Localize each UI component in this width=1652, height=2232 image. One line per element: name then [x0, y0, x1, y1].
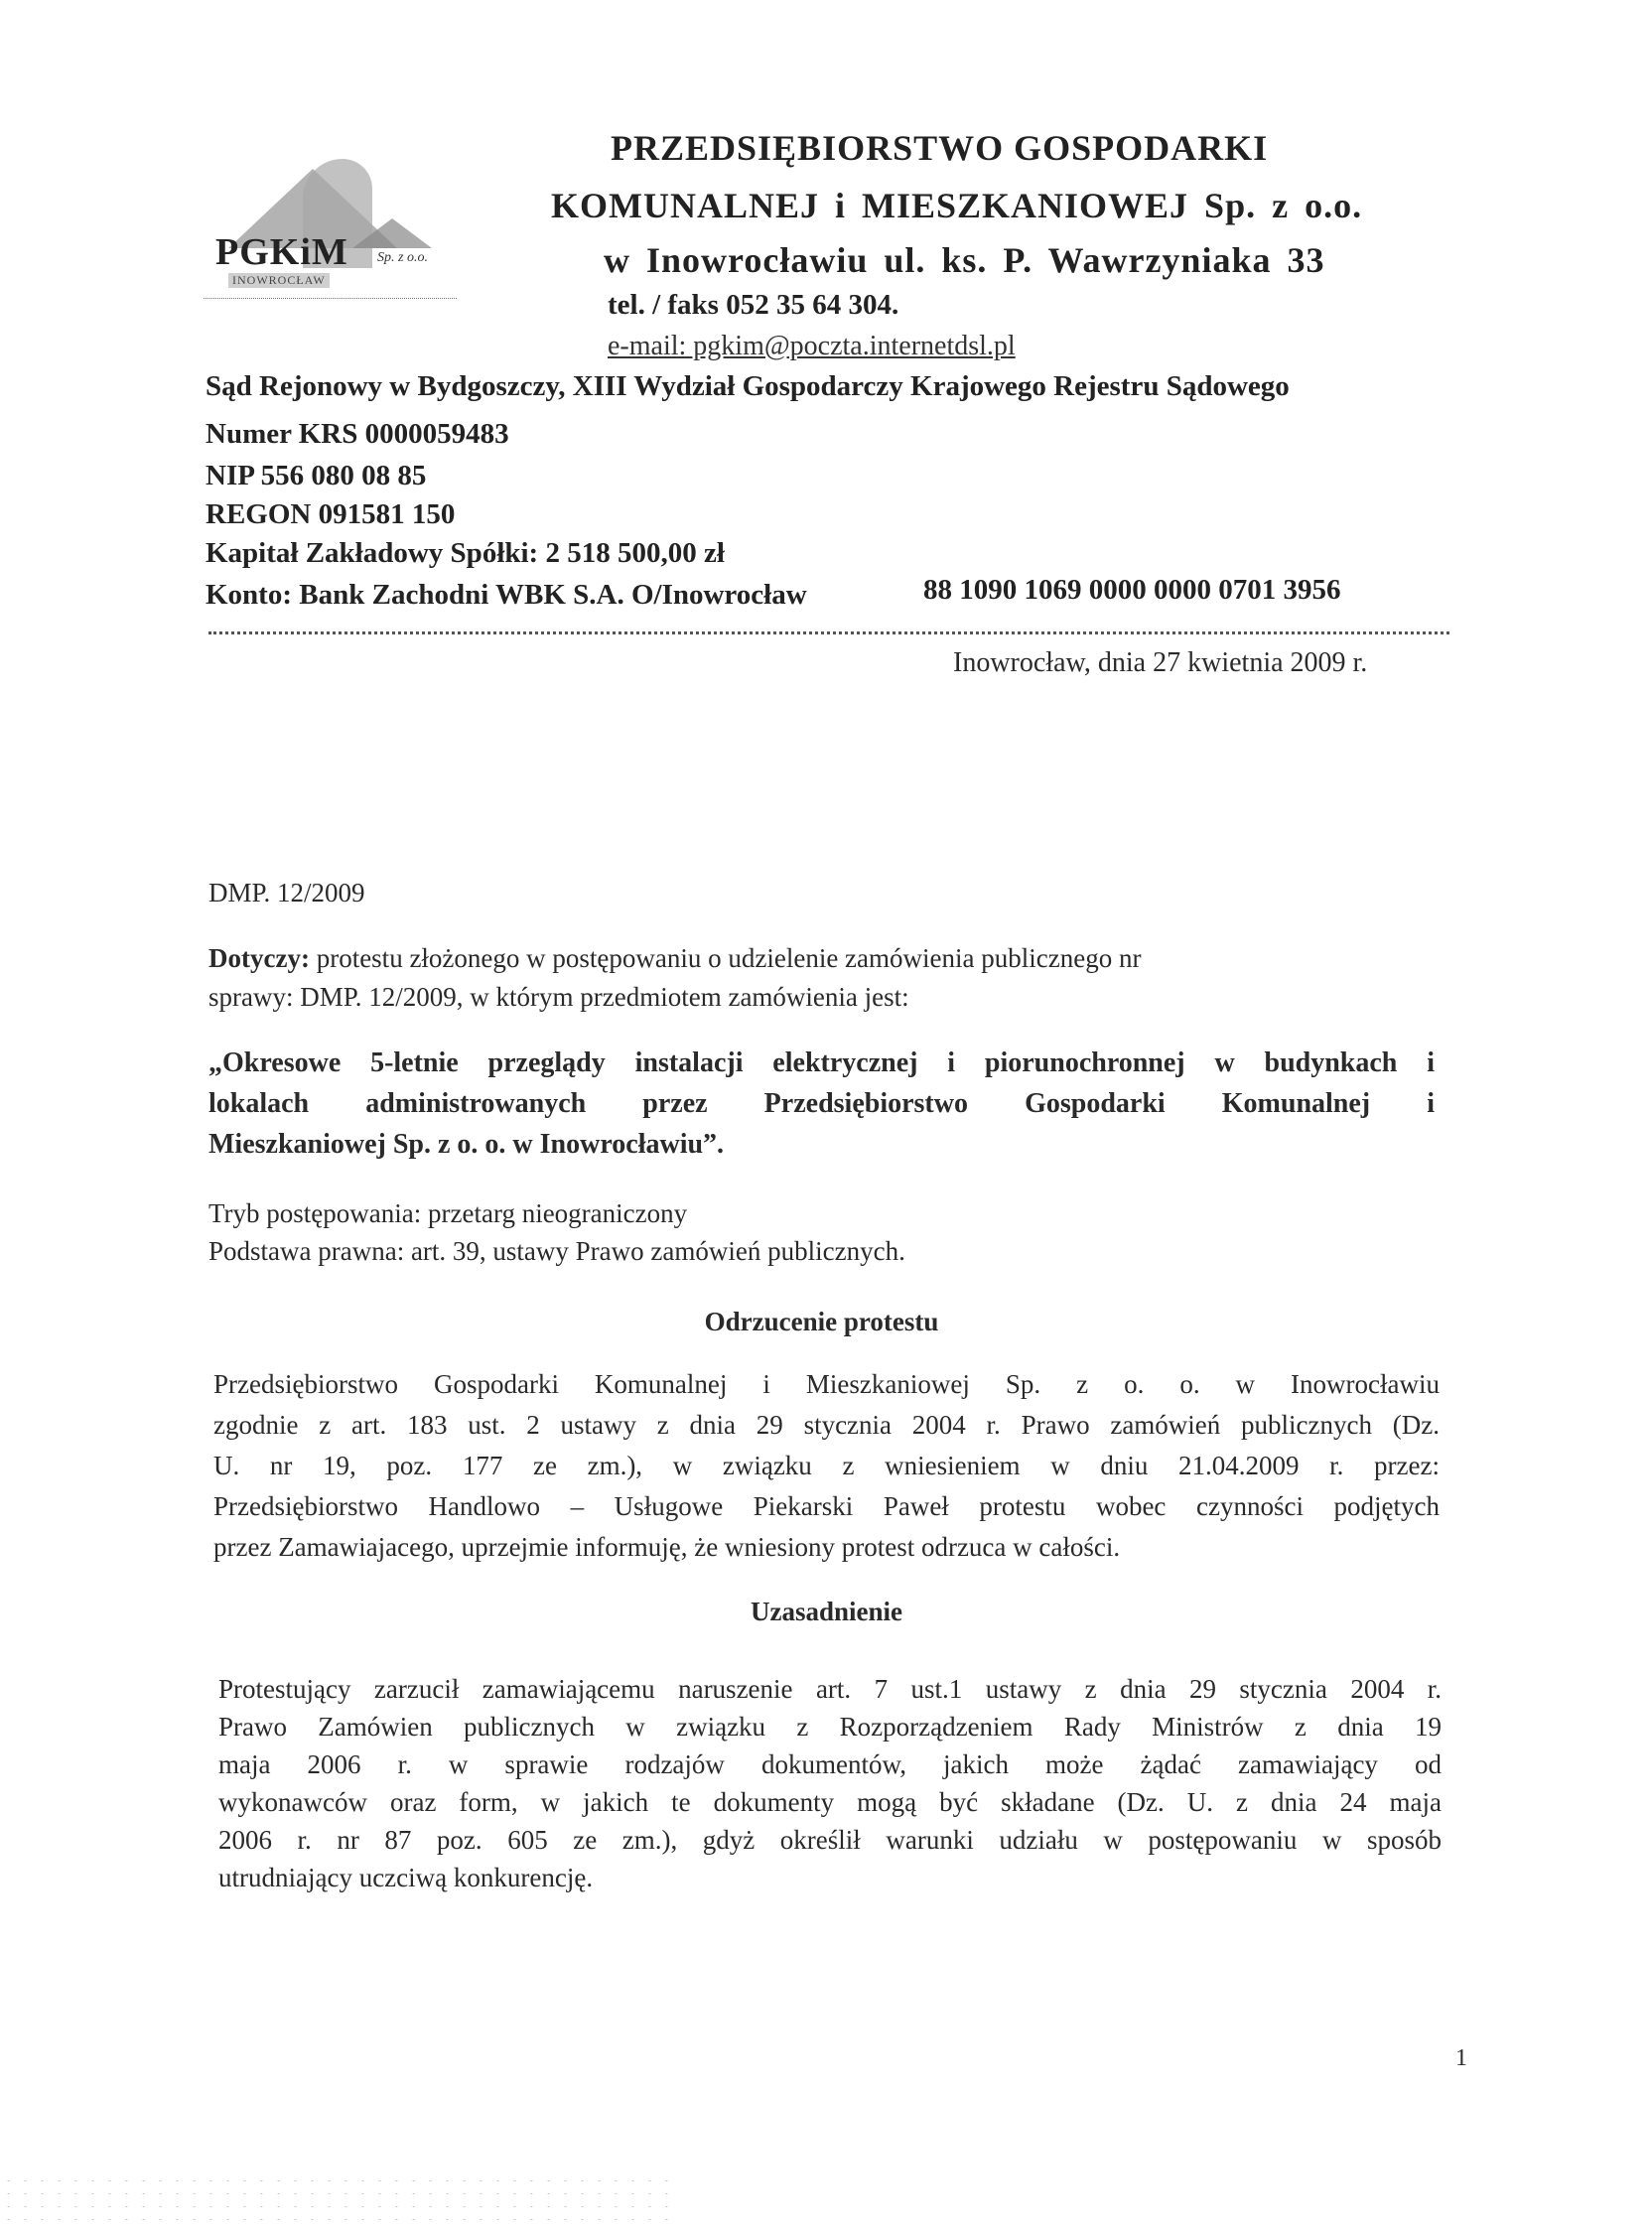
nip-number: NIP 556 080 08 85 — [206, 460, 426, 492]
logo-underline — [204, 298, 457, 299]
regon-number: REGON 091581 150 — [206, 498, 455, 531]
procedure-mode: Tryb postępowania: przetarg nieograniczo… — [208, 1198, 687, 1229]
separator-dotted-line — [208, 631, 1449, 634]
order-title: „Okresowe 5-letnie przeglądy instalacji … — [208, 1043, 1435, 1165]
paragraph-line: utrudniający uczciwą konkurencję. — [218, 1859, 1442, 1896]
paragraph-line: wykonawców oraz form, w jakich te dokume… — [218, 1783, 1442, 1821]
page-number: 1 — [1455, 2045, 1467, 2072]
company-name-line2: KOMUNALNEJ i MIESZKANIOWEJ Sp. z o.o. — [551, 185, 1362, 226]
subject-label: Dotyczy: — [208, 943, 310, 973]
date-line: Inowrocław, dnia 27 kwietnia 2009 r. — [953, 647, 1367, 679]
paragraph-line: Prawo Zamówien publicznych w związku z R… — [218, 1708, 1442, 1745]
paragraph-line: 2006 r. nr 87 poz. 605 ze zm.), gdyż okr… — [218, 1821, 1442, 1859]
order-title-line: lokalach administrowanych przez Przedsię… — [208, 1083, 1435, 1124]
court-registry: Sąd Rejonowy w Bydgoszczy, XIII Wydział … — [206, 370, 1290, 403]
bank-account-number: 88 1090 1069 0000 0000 0701 3956 — [923, 574, 1341, 607]
section-heading-rejection: Odrzucenie protestu — [208, 1307, 1435, 1337]
paragraph-line: Protestujący zarzucił zamawiającemu naru… — [218, 1670, 1442, 1708]
company-phone: tel. / faks 052 35 64 304. — [608, 289, 898, 322]
paragraph-line: przez Zamawiajacego, uprzejmie informuję… — [213, 1527, 1440, 1568]
company-logo: PGKiM Sp. z o.o. INOWROCŁAW — [204, 139, 462, 308]
subject-text: protestu złożonego w postępowaniu o udzi… — [310, 943, 1142, 973]
logo-suffix: Sp. z o.o. — [377, 250, 428, 266]
company-address: w Inowrocławiu ul. ks. P. Wawrzyniaka 33 — [604, 239, 1324, 281]
company-email-link[interactable]: e-mail: pgkim@poczta.internetdsl.pl — [608, 331, 1016, 362]
logo-wordmark: PGKiM — [215, 230, 348, 274]
paragraph-line: Przedsiębiorstwo Gospodarki Komunalnej i… — [213, 1364, 1440, 1405]
logo-city: INOWROCŁAW — [228, 273, 330, 288]
paragraph-line: U. nr 19, poz. 177 ze zm.), w związku z … — [213, 1446, 1440, 1486]
order-title-line: „Okresowe 5-letnie przeglądy instalacji … — [208, 1043, 1435, 1083]
share-capital: Kapitał Zakładowy Spółki: 2 518 500,00 z… — [206, 537, 725, 570]
logo-mountain-shape — [352, 218, 432, 248]
section-heading-justification: Uzasadnienie — [213, 1597, 1440, 1627]
subject-line2: sprawy: DMP. 12/2009, w którym przedmiot… — [208, 982, 909, 1013]
reference-number: DMP. 12/2009 — [208, 878, 365, 908]
paragraph-line: zgodnie z art. 183 ust. 2 ustawy z dnia … — [213, 1405, 1440, 1446]
order-title-line: Mieszkaniowej Sp. z o. o. w Inowrocławiu… — [208, 1124, 1435, 1165]
justification-paragraph: Protestujący zarzucił zamawiającemu naru… — [218, 1670, 1442, 1896]
legal-basis: Podstawa prawna: art. 39, ustawy Prawo z… — [208, 1236, 905, 1267]
paragraph-line: maja 2006 r. w sprawie rodzajów dokument… — [218, 1745, 1442, 1783]
subject-line1: Dotyczy: protestu złożonego w postępowan… — [208, 943, 1141, 974]
krs-number: Numer KRS 0000059483 — [206, 418, 509, 451]
rejection-paragraph: Przedsiębiorstwo Gospodarki Komunalnej i… — [213, 1364, 1440, 1568]
company-name-line1: PRZEDSIĘBIORSTWO GOSPODARKI — [611, 127, 1268, 169]
bank-account-name: Konto: Bank Zachodni WBK S.A. O/Inowrocł… — [206, 579, 807, 612]
paragraph-line: Przedsiębiorstwo Handlowo – Usługowe Pie… — [213, 1486, 1440, 1527]
scan-noise — [0, 2174, 675, 2232]
